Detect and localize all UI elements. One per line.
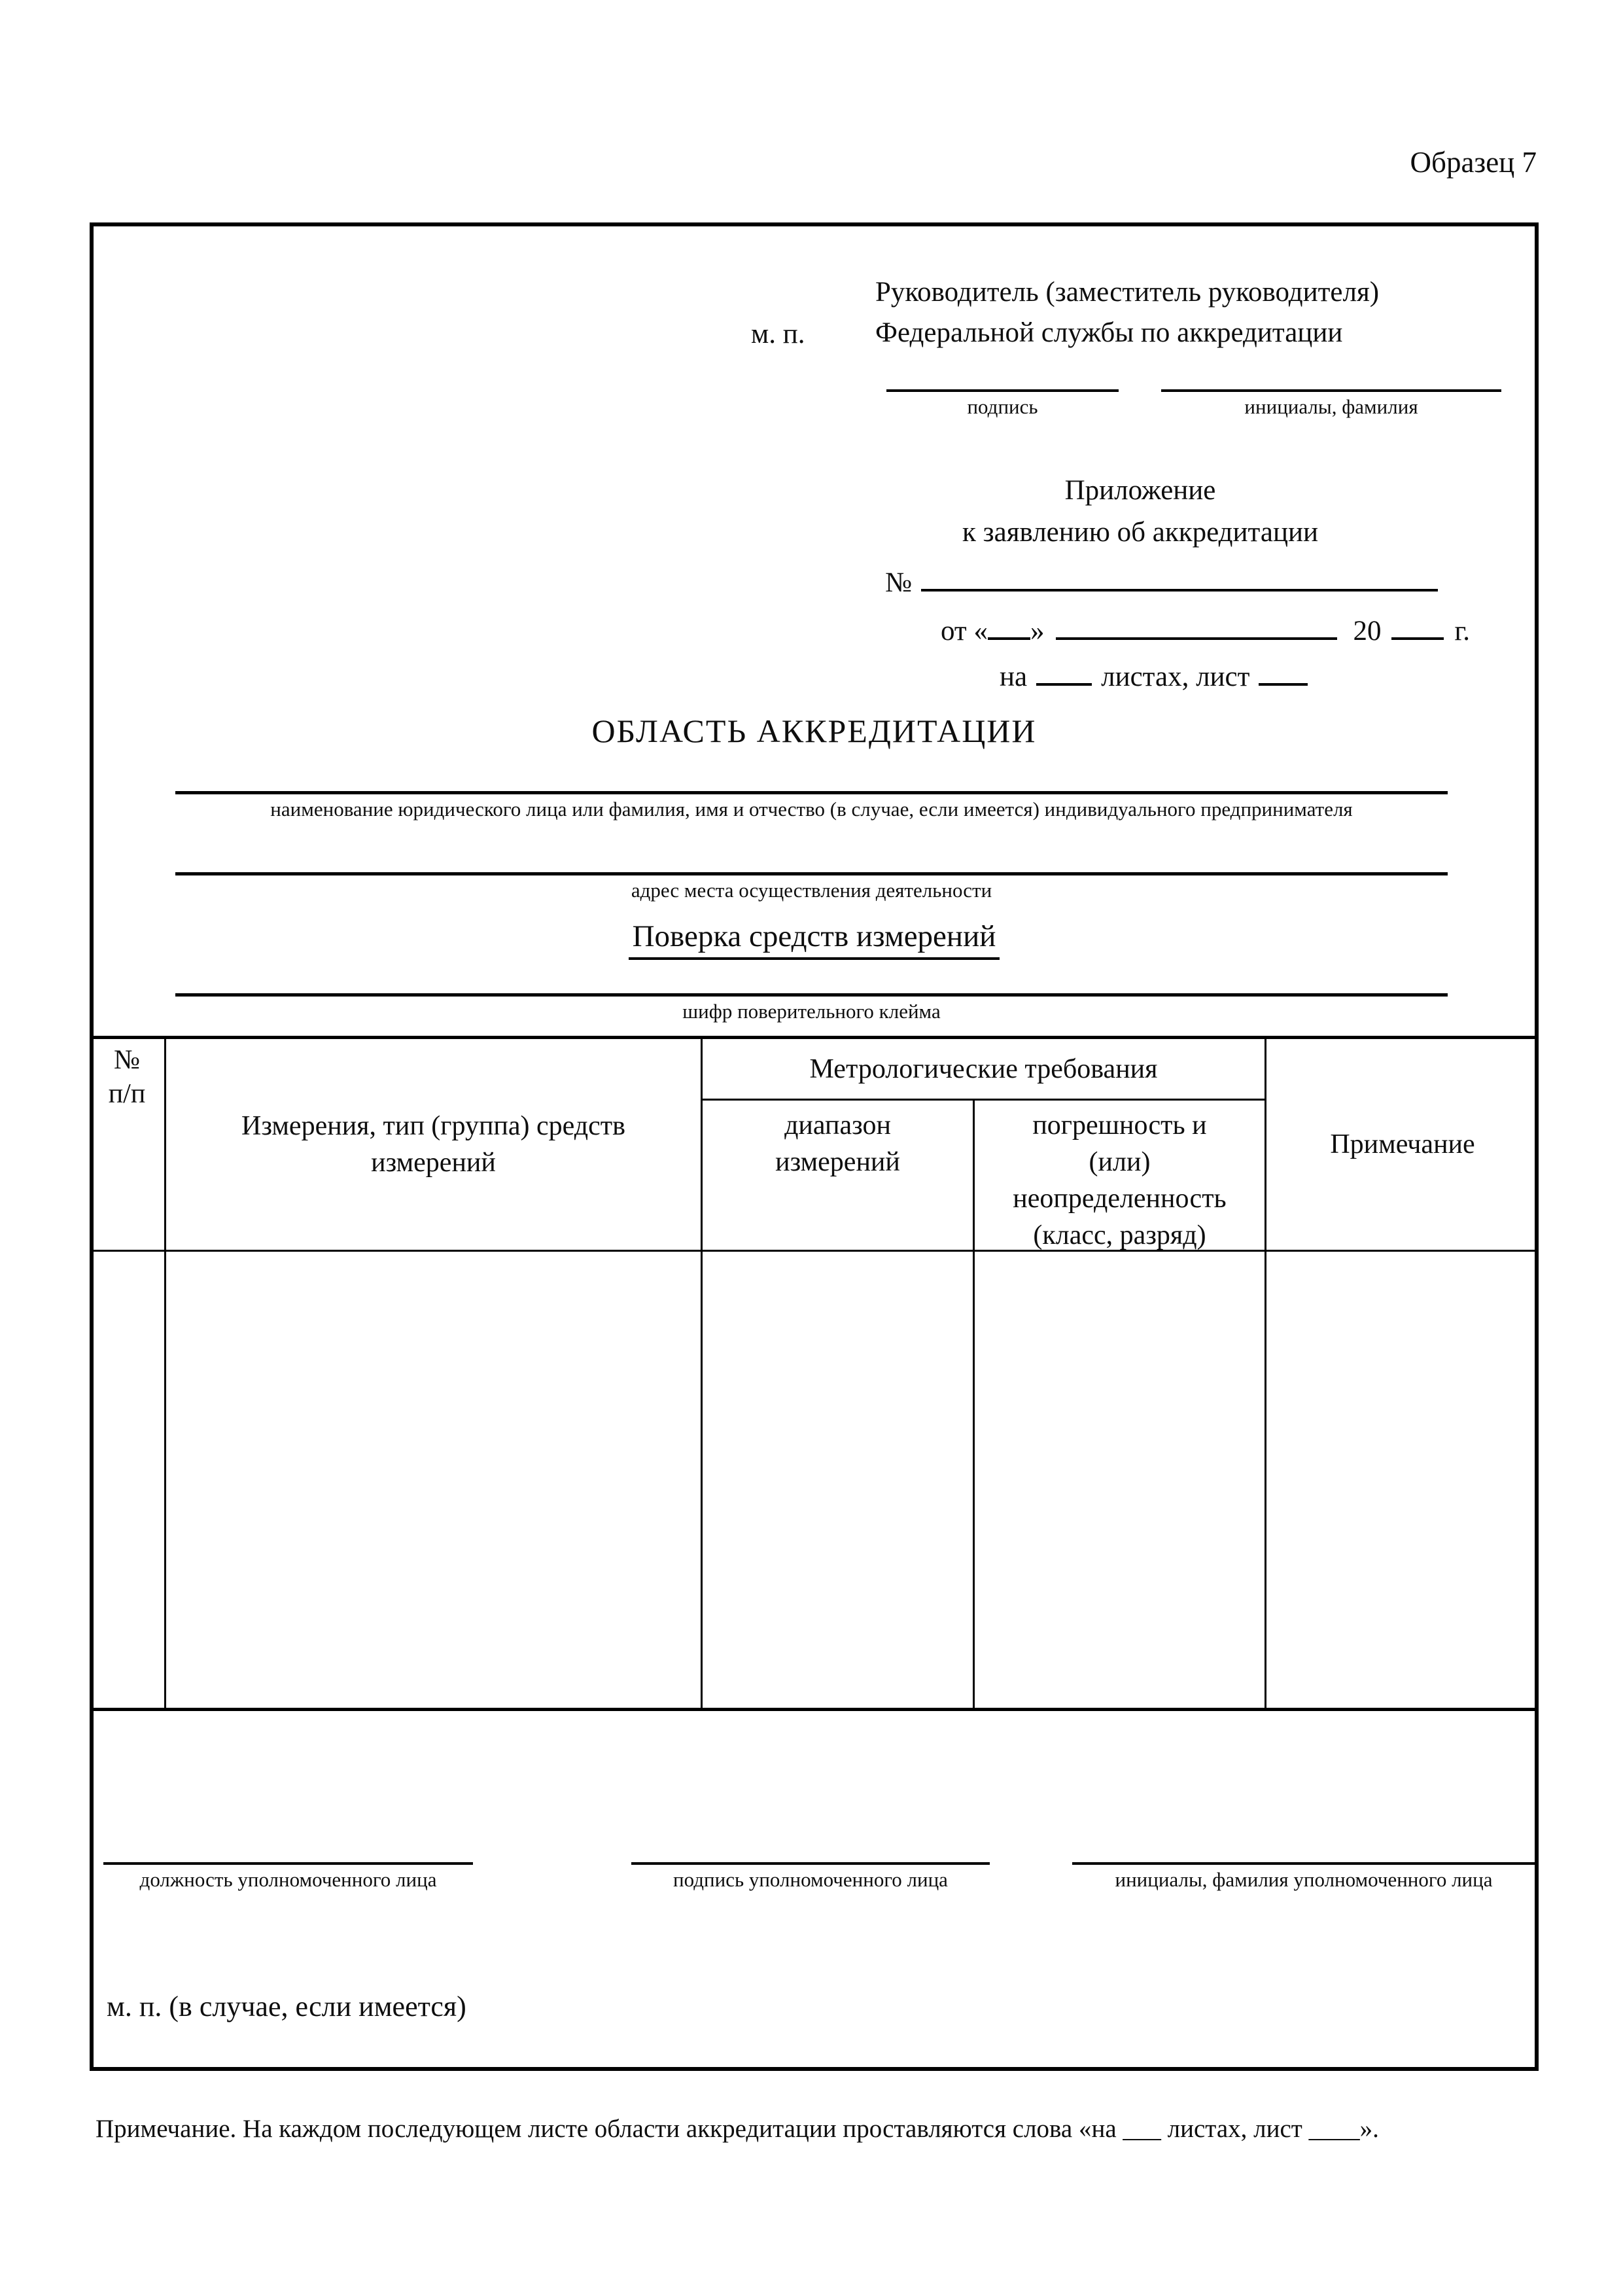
approval-signature-line: подпись	[886, 389, 1119, 419]
column-header-error: погрешность и (или) неопределенность (кл…	[975, 1101, 1266, 1250]
approval-title: Руководитель (заместитель руководителя) …	[875, 272, 1536, 353]
column-group-header-metrological: Метрологические требования	[703, 1039, 1266, 1101]
date-year-blank	[1391, 614, 1444, 640]
date-year-label: 20	[1353, 615, 1381, 647]
appendix-title: Приложение	[800, 470, 1480, 512]
form-frame: м. п. Руководитель (заместитель руководи…	[90, 222, 1539, 2071]
number-label: №	[885, 567, 912, 599]
sheets-total-blank	[1036, 660, 1092, 686]
activity-type: Поверка средств измерений	[94, 919, 1535, 954]
scope-title: ОБЛАСТЬ АККРЕДИТАЦИИ	[94, 712, 1535, 750]
authorized-position-line: должность уполномоченного лица	[103, 1862, 473, 1892]
authorized-name-line: инициалы, фамилия уполномоченного лица	[1072, 1862, 1535, 1892]
sheet-number-blank	[1259, 660, 1308, 686]
scanned-form-page: Образец 7 м. п. Руководитель (заместител…	[0, 0, 1623, 2296]
date-month-blank	[1056, 614, 1337, 640]
applicant-name-caption: наименование юридического лица или фамил…	[175, 794, 1448, 821]
approval-name-caption: инициалы, фамилия	[1161, 392, 1501, 419]
sheets-on-label: на	[1000, 661, 1027, 693]
verifier-stamp-code-line: шифр поверительного клейма	[175, 993, 1448, 1023]
approval-title-line1: Руководитель (заместитель руководителя)	[875, 272, 1536, 313]
applicant-name-line: наименование юридического лица или фамил…	[175, 791, 1448, 821]
activity-address-caption: адрес места осуществления деятельности	[175, 875, 1448, 902]
authorized-signature-line: подпись уполномоченного лица	[631, 1862, 990, 1892]
date-day-blank	[988, 614, 1030, 640]
number-blank-line	[921, 565, 1438, 592]
table-body-cell	[975, 1250, 1266, 1708]
optional-stamp-note: м. п. (в случае, если имеется)	[107, 1990, 466, 2023]
approval-name-line: инициалы, фамилия	[1161, 389, 1501, 419]
date-year-suffix: г.	[1454, 615, 1470, 647]
appendix-subtitle: к заявлению об аккредитации	[800, 512, 1480, 554]
authorized-signature-caption: подпись уполномоченного лица	[631, 1865, 990, 1892]
table-body-cell	[166, 1250, 703, 1708]
verifier-stamp-code-caption: шифр поверительного клейма	[175, 997, 1448, 1023]
stamp-mark: м. п.	[751, 318, 805, 350]
footnote: Примечание. На каждом последующем листе …	[96, 2112, 1607, 2146]
application-date-row: от « » 20 г.	[941, 614, 1470, 647]
authorized-position-caption: должность уполномоченного лица	[103, 1865, 473, 1892]
sheets-rest-label: листах, лист	[1101, 661, 1249, 693]
table-body-cell	[90, 1250, 166, 1708]
authorized-name-caption: инициалы, фамилия уполномоченного лица	[1072, 1865, 1535, 1892]
application-number-row: №	[885, 565, 1438, 599]
approval-signature-caption: подпись	[886, 392, 1119, 419]
activity-type-text: Поверка средств измерений	[629, 919, 1000, 960]
date-from-label: от «	[941, 615, 988, 647]
table-body-cell	[703, 1250, 975, 1708]
column-header-measurements: Измерения, тип (группа) средств измерени…	[166, 1039, 703, 1250]
date-close-quote: »	[1030, 615, 1045, 647]
column-header-range: диапазон измерений	[703, 1101, 975, 1250]
activity-address-line: адрес места осуществления деятельности	[175, 872, 1448, 902]
sheets-count-row: на листах, лист	[1000, 660, 1308, 693]
page-label: Образец 7	[1410, 145, 1537, 179]
appendix-heading: Приложение к заявлению об аккредитации	[800, 470, 1480, 554]
accreditation-scope-table: № п/п Измерения, тип (группа) средств из…	[90, 1036, 1539, 1711]
approval-title-line2: Федеральной службы по аккредитации	[875, 313, 1536, 353]
column-header-note: Примечание	[1266, 1039, 1539, 1250]
table-body-cell	[1266, 1250, 1539, 1708]
column-header-number: № п/п	[90, 1039, 166, 1250]
